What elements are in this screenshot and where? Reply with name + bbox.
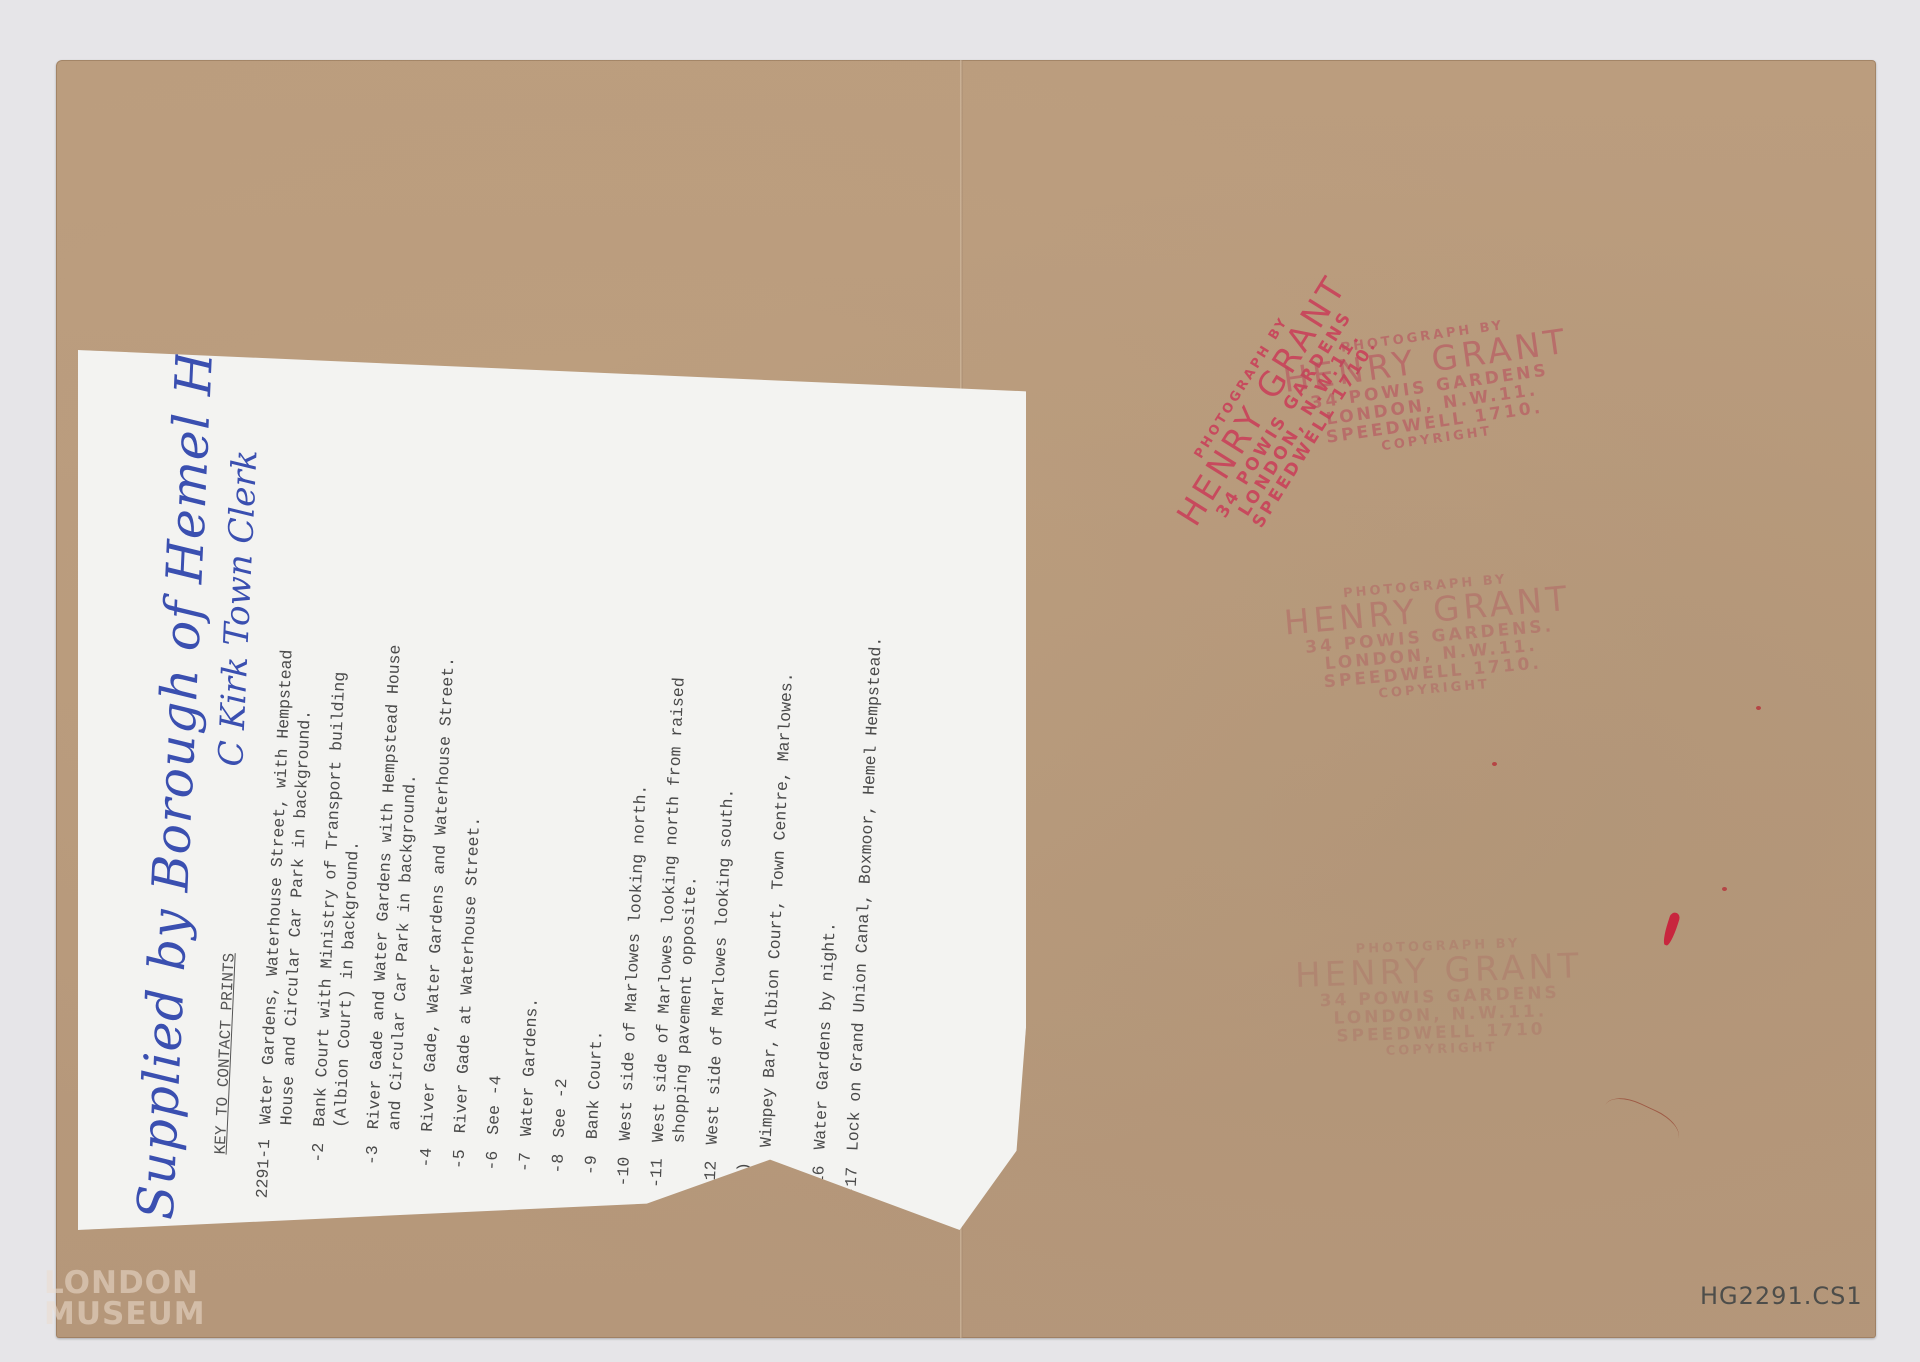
contact-print-list: 2291-1Water Gardens, Waterhouse Street, … xyxy=(252,399,909,1226)
item-number: -3 xyxy=(360,1129,405,1205)
item-number: -6 xyxy=(479,1134,503,1209)
key-sheet: Supplied by Borough of Hemel Hempstead C… xyxy=(78,350,1026,1230)
watermark-line: MUSEUM xyxy=(44,1299,206,1330)
key-title: KEY TO CONTACT PRINTS xyxy=(212,953,239,1155)
museum-watermark: LONDON MUSEUM xyxy=(44,1268,206,1330)
item-number: -7 xyxy=(512,1136,536,1211)
key-sheet-content: Supplied by Borough of Hemel Hempstead C… xyxy=(78,351,1065,1273)
watermark-line: LONDON xyxy=(44,1268,206,1299)
item-number: -8 xyxy=(545,1137,569,1212)
handwritten-town-clerk: C Kirk Town Clerk xyxy=(211,449,265,767)
item-number: -9 xyxy=(578,1139,602,1214)
item-number: -4 xyxy=(413,1131,437,1206)
item-number: 2291-1 xyxy=(252,1124,297,1200)
accession-number: HG2291.CS1 xyxy=(1700,1282,1863,1310)
red-ink-dot xyxy=(1492,762,1497,766)
red-ink-dot xyxy=(1722,887,1727,891)
stamp-henry-grant-lower-faded: PHOTOGRAPH BY HENRY GRANT 34 POWIS GARDE… xyxy=(1294,935,1585,1061)
item-number: -10 xyxy=(611,1140,635,1215)
item-number: -2 xyxy=(306,1126,351,1202)
stamp-henry-grant-middle: PHOTOGRAPH BY HENRY GRANT 34 POWIS GARDE… xyxy=(1281,568,1578,709)
item-number: -5 xyxy=(446,1133,470,1208)
red-ink-dot xyxy=(1756,706,1761,710)
